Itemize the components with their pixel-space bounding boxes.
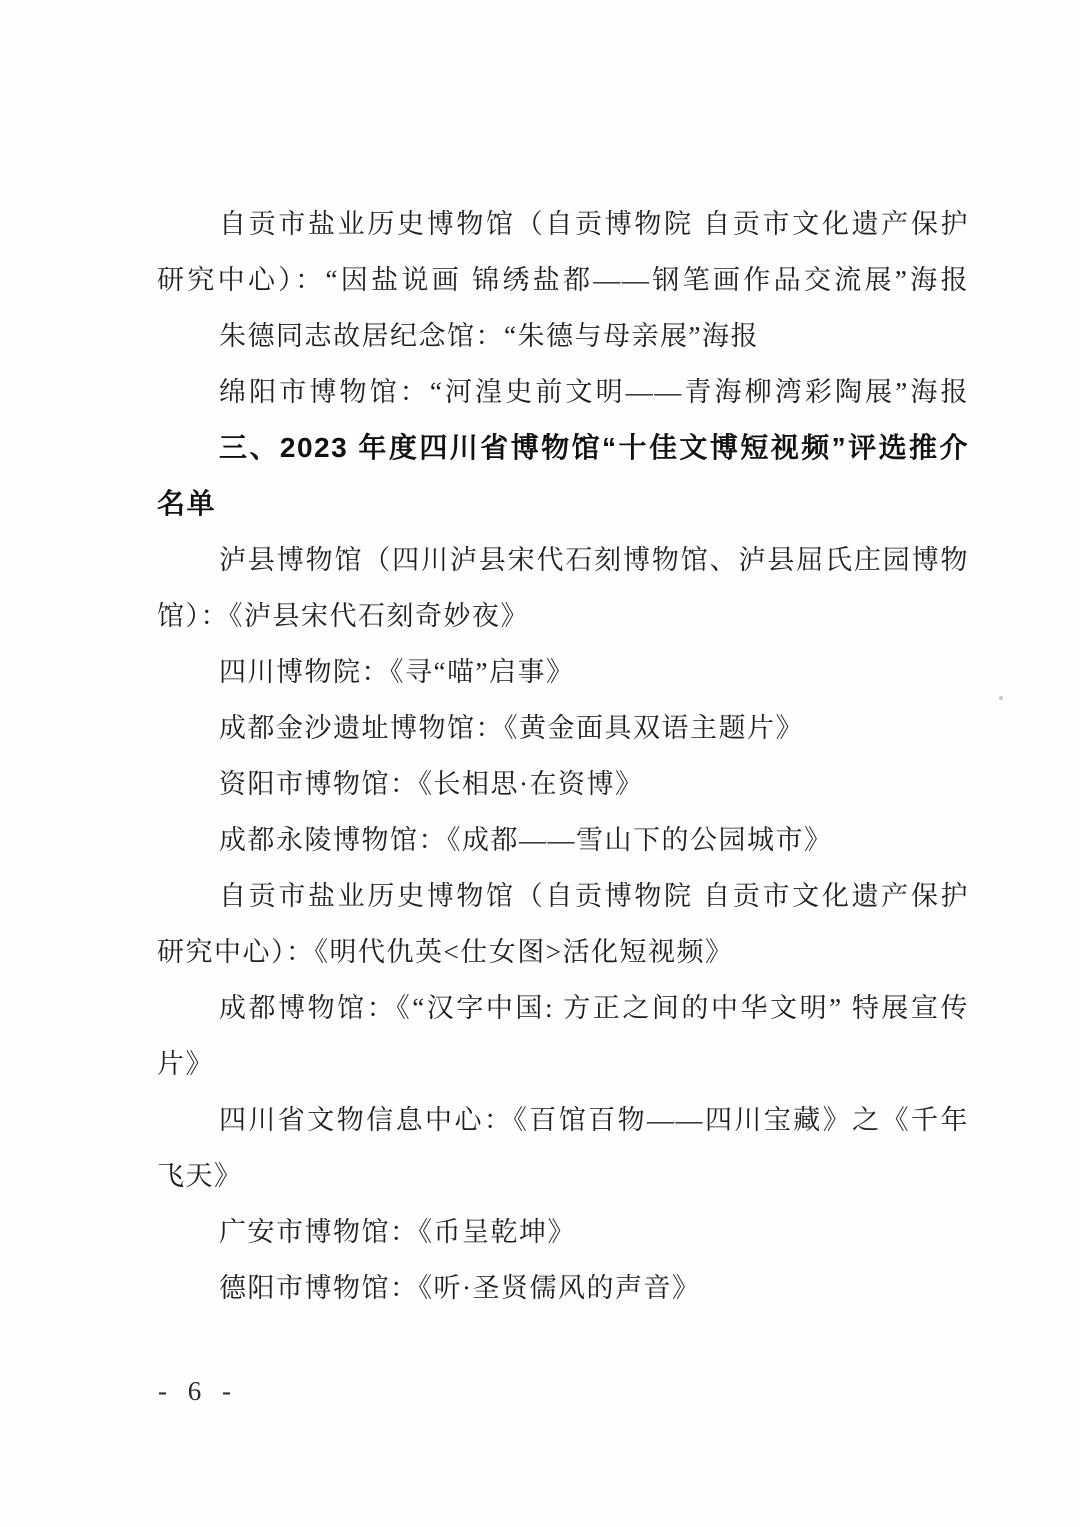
text-line: 四川博物院：《寻“喵”启事》 bbox=[157, 644, 969, 700]
text-line: 研究中心）：“因盐说画 锦绣盐都——钢笔画作品交流展”海报 bbox=[157, 252, 969, 308]
text-line: 片》 bbox=[157, 1036, 969, 1092]
scan-artifact bbox=[999, 696, 1003, 700]
text-line: 德阳市博物馆：《听·圣贤儒风的声音》 bbox=[157, 1260, 969, 1316]
page-number: - 6 - bbox=[158, 1376, 238, 1407]
text-line: 成都永陵博物馆：《成都——雪山下的公园城市》 bbox=[157, 812, 969, 868]
document-page: 自贡市盐业历史博物馆（自贡博物院 自贡市文化遗产保护研究中心）：“因盐说画 锦绣… bbox=[0, 0, 1080, 1527]
section-heading-line: 名单 bbox=[157, 476, 969, 532]
text-line: 成都金沙遗址博物馆：《黄金面具双语主题片》 bbox=[157, 700, 969, 756]
text-line: 朱德同志故居纪念馆：“朱德与母亲展”海报 bbox=[157, 308, 969, 364]
text-line: 泸县博物馆（四川泸县宋代石刻博物馆、泸县屈氏庄园博物 bbox=[157, 532, 969, 588]
text-line: 研究中心）：《明代仇英<仕女图>活化短视频》 bbox=[157, 924, 969, 980]
document-body: 自贡市盐业历史博物馆（自贡博物院 自贡市文化遗产保护研究中心）：“因盐说画 锦绣… bbox=[157, 196, 969, 1316]
text-line: 资阳市博物馆：《长相思·在资博》 bbox=[157, 756, 969, 812]
text-line: 成都博物馆：《“汉字中国: 方正之间的中华文明” 特展宣传 bbox=[157, 980, 969, 1036]
text-line: 自贡市盐业历史博物馆（自贡博物院 自贡市文化遗产保护 bbox=[157, 196, 969, 252]
text-line: 馆）：《泸县宋代石刻奇妙夜》 bbox=[157, 588, 969, 644]
text-line: 绵阳市博物馆：“河湟史前文明——青海柳湾彩陶展”海报 bbox=[157, 364, 969, 420]
text-line: 广安市博物馆：《币呈乾坤》 bbox=[157, 1204, 969, 1260]
text-line: 四川省文物信息中心：《百馆百物——四川宝藏》之《千年 bbox=[157, 1092, 969, 1148]
section-heading-line: 三、2023 年度四川省博物馆“十佳文博短视频”评选推介 bbox=[157, 420, 969, 476]
text-line: 飞天》 bbox=[157, 1148, 969, 1204]
text-line: 自贡市盐业历史博物馆（自贡博物院 自贡市文化遗产保护 bbox=[157, 868, 969, 924]
